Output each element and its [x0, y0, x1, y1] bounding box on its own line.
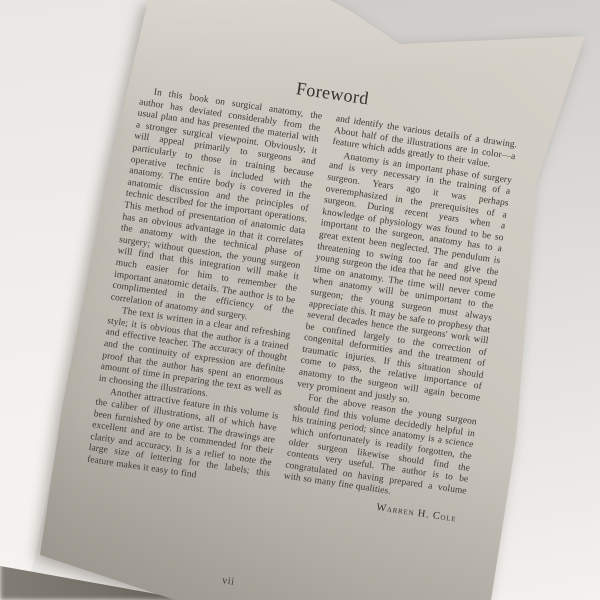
book-page-wrap: Foreword In this book on surgical anatom…: [0, 0, 600, 600]
paragraph: Anatomy is an important phase of surgery…: [296, 150, 512, 417]
text-column-left: In this book on surgical anatomy, the au…: [86, 86, 323, 497]
page-number: vii: [221, 575, 235, 588]
page-text-block: Foreword In this book on surgical anatom…: [86, 56, 523, 525]
paragraph: In this book on surgical anatomy, the au…: [110, 86, 323, 330]
two-column-layout: In this book on surgical anatomy, the au…: [86, 86, 518, 526]
text-column-right: and identify the various details of a dr…: [280, 114, 517, 525]
book-page: Foreword In this book on surgical anatom…: [0, 0, 600, 600]
book-photo: Foreword In this book on surgical anatom…: [0, 0, 600, 600]
